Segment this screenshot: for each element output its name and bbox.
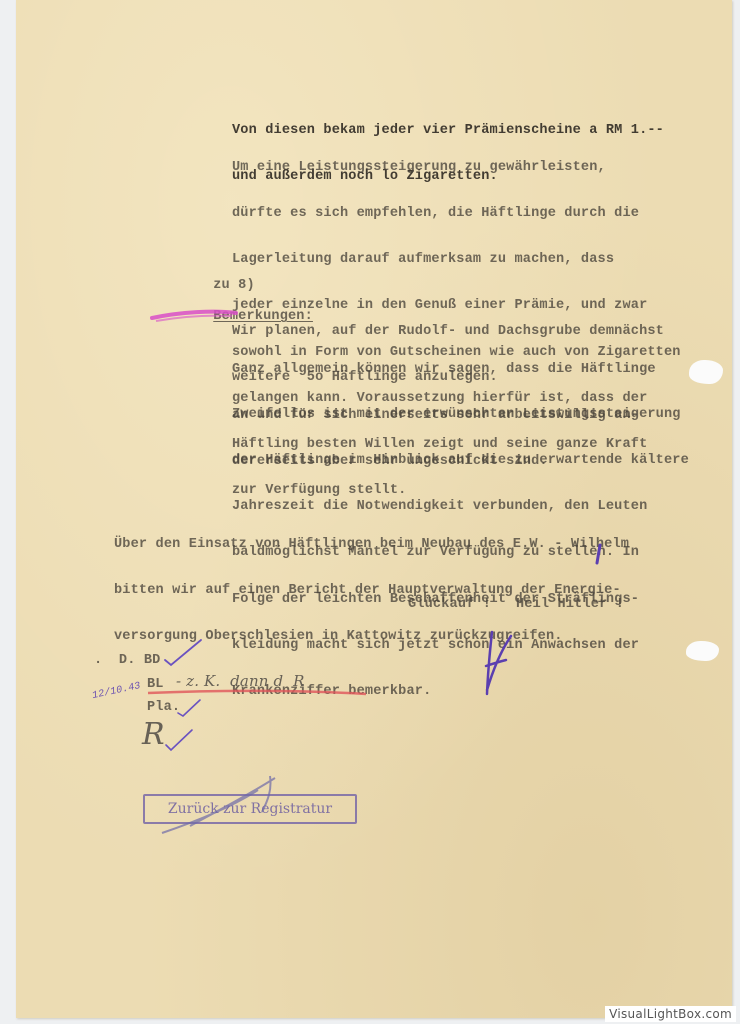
registry-stamp: Zurück zur Registratur [143, 794, 357, 824]
watermark: VisualLightBox.com [605, 1006, 736, 1022]
handwritten-initial: R [142, 718, 165, 752]
text-line: dürfte es sich empfehlen, die Häftlinge … [232, 206, 681, 221]
paper-hole [686, 641, 719, 661]
document-page: Von diesen bekam jeder vier Prämienschei… [16, 0, 732, 1018]
section-number: zu 8) [213, 278, 255, 293]
text-line: Zweifellos ist mit der erwünschten Leist… [232, 407, 689, 422]
text-line: Um eine Leistungssteigerung zu gewährlei… [232, 160, 681, 175]
text-line: versorgung Oberschlesien in Kattowitz zu… [114, 629, 629, 644]
distribution-pla: Pla. [147, 700, 180, 715]
paragraph-report-reference: Über den Einsatz von Häftlingen beim Neu… [114, 506, 629, 675]
closing-salutation: Glückauf ! Heil Hitler ! [408, 597, 624, 612]
paper-hole [689, 360, 723, 384]
date-annotation: 12/10.43 [91, 679, 142, 704]
text-line: Über den Einsatz von Häftlingen beim Neu… [114, 537, 629, 552]
distribution-bd: . D. BD [94, 653, 160, 668]
distribution-bl: BL [147, 677, 164, 692]
text-line: der Häftlinge im Hinblick auf die zu erw… [232, 453, 689, 468]
text-line: Ganz allgemein können wir sagen, dass di… [232, 362, 656, 377]
handwritten-note: - z. K. dann d R [176, 674, 305, 689]
